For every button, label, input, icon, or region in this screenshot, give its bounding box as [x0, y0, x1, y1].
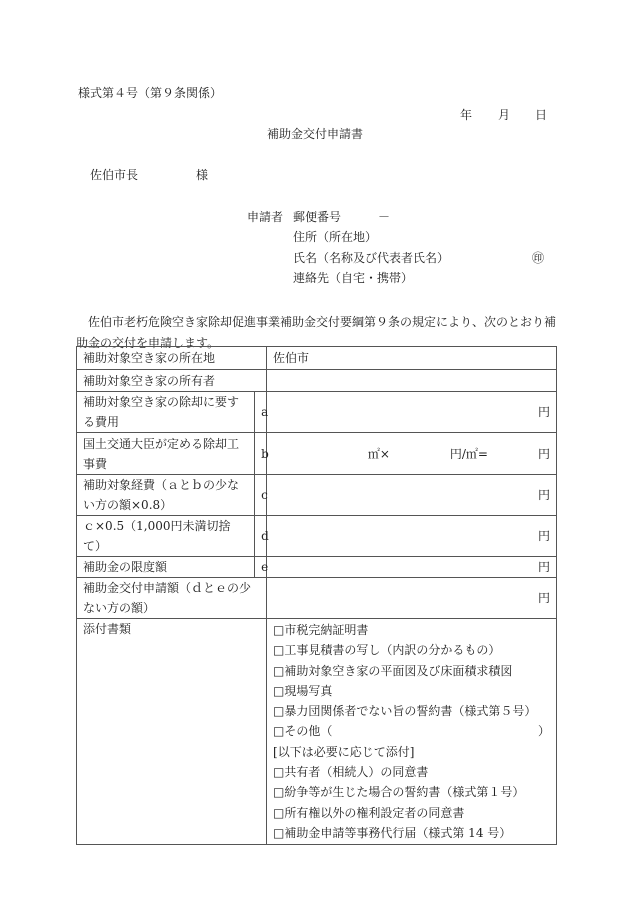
postal-code-field[interactable]: 郵便番号	[293, 208, 341, 225]
location-value[interactable]: 佐伯市	[267, 347, 557, 370]
row-b-key: b	[255, 433, 267, 475]
row-d-value[interactable]: 円	[267, 516, 557, 557]
attachment-checkbox[interactable]: □市税完納証明書	[273, 620, 550, 640]
request-label: 補助金交付申請額（ｄとｅの少ない方の額）	[77, 578, 267, 619]
yen-unit: 円	[538, 560, 550, 574]
optional-note: [以下は必要に応じて添付]	[273, 742, 550, 762]
optional-attachment-checkbox[interactable]: □共有者（相続人）の同意書	[273, 762, 550, 782]
addressee-name: 佐伯市長	[90, 166, 138, 183]
contact-field[interactable]: 連絡先（自宅・携帯）	[293, 269, 413, 286]
owner-label: 補助対象空き家の所有者	[77, 370, 267, 392]
row-a-key: a	[255, 392, 267, 433]
row-e-value[interactable]: 円	[267, 557, 557, 578]
optional-attachment-checkbox[interactable]: □紛争等が生じた場合の誓約書（様式第１号）	[273, 782, 550, 802]
attachment-other[interactable]: □その他（ ）	[273, 721, 550, 741]
row-a-label: 補助対象空き家の除却に要する費用	[77, 392, 255, 433]
attachments-label: 添付書類	[77, 619, 267, 845]
yen-unit: 円	[538, 488, 550, 502]
row-d-label: ｃ×0.5（1,000円未満切捨て）	[77, 516, 255, 557]
postal-dash: －	[378, 208, 390, 225]
other-prefix: □その他（	[273, 721, 332, 741]
attachment-checkbox[interactable]: □現場写真	[273, 681, 550, 701]
table-row-location: 補助対象空き家の所在地 佐伯市	[77, 347, 557, 370]
row-c-value[interactable]: 円	[267, 475, 557, 516]
area-unit: ㎡×	[368, 444, 390, 464]
attachments-list: □市税完納証明書 □工事見積書の写し（内訳の分かるもの） □補助対象空き家の平面…	[267, 619, 557, 845]
table-row-b: 国土交通大臣が定める除却工事費 b ㎡× 円/㎡= 円	[77, 433, 557, 475]
row-c-label: 補助対象経費（ａとｂの少ない方の額×0.8）	[77, 475, 255, 516]
location-label: 補助対象空き家の所在地	[77, 347, 267, 370]
attachment-checkbox[interactable]: □補助対象空き家の平面図及び床面積求積図	[273, 661, 550, 681]
row-a-value[interactable]: 円	[267, 392, 557, 433]
table-row-owner: 補助対象空き家の所有者	[77, 370, 557, 392]
application-table: 補助対象空き家の所在地 佐伯市 補助対象空き家の所有者 補助対象空き家の除却に要…	[76, 346, 557, 845]
yen-unit: 円	[538, 529, 550, 543]
rate-unit: 円/㎡=	[450, 444, 488, 464]
row-e-key: e	[255, 557, 267, 578]
addressee-honorific: 様	[196, 166, 208, 183]
seal-mark: ㊞	[532, 249, 544, 266]
date-year-label: 年	[460, 106, 472, 123]
table-row-d: ｃ×0.5（1,000円未満切捨て） d 円	[77, 516, 557, 557]
owner-value[interactable]	[267, 370, 557, 392]
optional-attachment-checkbox[interactable]: □所有権以外の権利設定者の同意書	[273, 803, 550, 823]
yen-unit: 円	[538, 591, 550, 605]
row-c-key: c	[255, 475, 267, 516]
table-row-c: 補助対象経費（ａとｂの少ない方の額×0.8） c 円	[77, 475, 557, 516]
applicant-label: 申請者	[247, 208, 283, 225]
other-suffix: ）	[538, 721, 550, 741]
table-row-request: 補助金交付申請額（ｄとｅの少ない方の額） 円	[77, 578, 557, 619]
attachment-checkbox[interactable]: □工事見積書の写し（内訳の分かるもの）	[273, 640, 550, 660]
row-b-value[interactable]: ㎡× 円/㎡= 円	[267, 433, 557, 475]
attachment-checkbox[interactable]: □暴力団関係者でない旨の誓約書（様式第５号）	[273, 701, 550, 721]
form-number: 様式第４号（第９条関係）	[78, 84, 222, 101]
name-field[interactable]: 氏名（名称及び代表者氏名）	[293, 249, 449, 266]
row-e-label: 補助金の限度額	[77, 557, 255, 578]
yen-unit: 円	[538, 444, 550, 464]
request-value[interactable]: 円	[267, 578, 557, 619]
table-row-e: 補助金の限度額 e 円	[77, 557, 557, 578]
row-d-key: d	[255, 516, 267, 557]
optional-attachment-checkbox[interactable]: □補助金申請等事務代行届（様式第 14 号）	[273, 823, 550, 843]
table-row-a: 補助対象空き家の除却に要する費用 a 円	[77, 392, 557, 433]
date-month-label: 月	[498, 106, 510, 123]
row-b-label: 国土交通大臣が定める除却工事費	[77, 433, 255, 475]
date-day-label: 日	[535, 106, 547, 123]
address-field[interactable]: 住所（所在地）	[293, 228, 377, 245]
yen-unit: 円	[538, 405, 550, 419]
document-title: 補助金交付申請書	[0, 125, 630, 142]
table-row-attachments: 添付書類 □市税完納証明書 □工事見積書の写し（内訳の分かるもの） □補助対象空…	[77, 619, 557, 845]
